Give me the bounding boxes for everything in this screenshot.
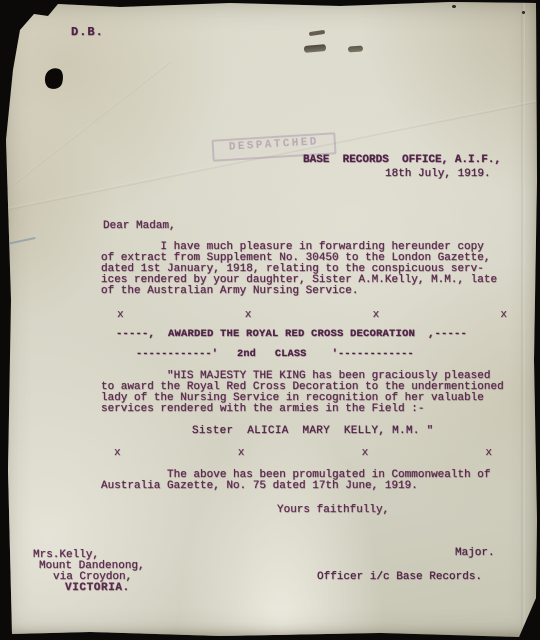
award-heading: -----, AWARDED THE ROYAL RED CROSS DECOR…: [116, 329, 467, 340]
paper-sheet: D.B. DESPATCHED BASE RECORDS OFFICE, A.I…: [0, 0, 540, 640]
body-paragraph-1-line: of the Australian Army Nursing Service.: [101, 286, 358, 297]
x-separator-row: x x x x: [117, 310, 507, 321]
office-header: BASE RECORDS OFFICE, A.I.F.,: [303, 155, 501, 166]
x-mark: x: [245, 310, 252, 321]
initials: D.B.: [71, 27, 104, 38]
body-paragraph-3-line: Australia Gazette, No. 75 dated 17th Jun…: [101, 481, 418, 492]
x-mark: x: [373, 310, 380, 321]
right-fold-crease: [521, 0, 525, 640]
award-recipient-name: Sister ALICIA MARY KELLY, M.M. ": [192, 426, 434, 437]
award-subheading: ------------' 2nd CLASS '------------: [136, 349, 414, 360]
body-paragraph-2-line: services rendered with the armies in the…: [101, 404, 424, 415]
paper-speck: [452, 5, 456, 8]
scanned-letter: D.B. DESPATCHED BASE RECORDS OFFICE, A.I…: [0, 0, 540, 640]
x-mark: x: [114, 448, 121, 459]
paper-speck: [522, 11, 525, 14]
corner-crease: [13, 61, 172, 186]
signature-title: Officer i/c Base Records.: [317, 572, 482, 583]
paper-tear: [348, 45, 363, 52]
paper-hole: [43, 66, 66, 91]
paper-tear: [309, 30, 325, 36]
signature-rank: Major.: [455, 548, 495, 559]
x-mark: x: [117, 310, 124, 321]
x-separator-row: x x x x: [114, 448, 492, 459]
paper-tear: [304, 44, 327, 53]
salutation: Dear Madam,: [103, 221, 176, 232]
x-mark: x: [485, 448, 492, 459]
x-mark: x: [362, 448, 369, 459]
date-line: 18th July, 1919.: [385, 169, 491, 180]
x-mark: x: [238, 448, 245, 459]
closing-line: Yours faithfully,: [277, 505, 389, 516]
pencil-mark: [6, 237, 36, 245]
x-mark: x: [500, 310, 507, 321]
recipient-address-line: VICTORIA.: [65, 583, 130, 594]
